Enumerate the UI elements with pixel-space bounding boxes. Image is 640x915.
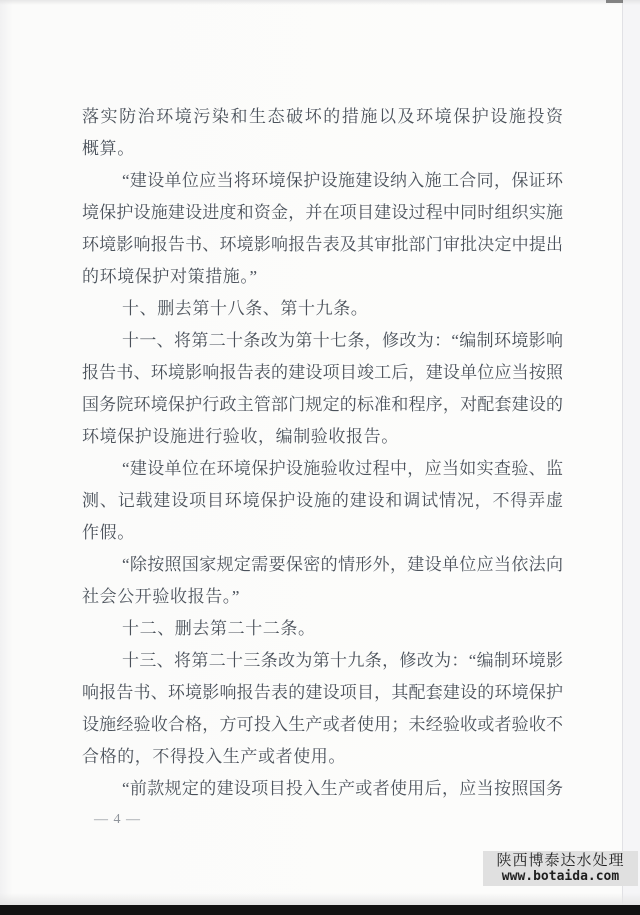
text-line: 十、删去第十八条、第十九条。	[82, 293, 563, 325]
text-line: 合格的，不得投入生产或者使用。	[82, 741, 563, 773]
text-line: “除按照国家规定需要保密的情形外，建设单位应当依法向	[82, 549, 563, 581]
bottom-black-bar	[0, 905, 640, 915]
text-line: 的环境保护对策措施。”	[82, 261, 563, 293]
document-text: 落实防治环境污染和生态破坏的措施以及环境保护设施投资概算。“建设单位应当将环境保…	[82, 101, 563, 805]
watermark-website: www.botaida.com	[483, 869, 638, 884]
text-line: 社会公开验收报告。”	[82, 581, 563, 613]
text-line: 响报告书、环境影响报告表的建设项目，其配套建设的环境保护	[82, 677, 563, 709]
scan-right-margin	[623, 0, 640, 905]
watermark-company-name: 陕西博泰达水处理	[483, 852, 638, 869]
scanned-document-page: 落实防治环境污染和生态破坏的措施以及环境保护设施投资概算。“建设单位应当将环境保…	[0, 0, 640, 915]
text-line: 十三、将第二十三条改为第十九条，修改为：“编制环境影	[82, 645, 563, 677]
scan-artifact-speck	[606, 0, 623, 3]
text-line: “建设单位应当将环境保护设施建设纳入施工合同，保证环	[82, 165, 563, 197]
text-line: 十一、将第二十条改为第十七条，修改为：“编制环境影响	[82, 325, 563, 357]
text-line: 国务院环境保护行政主管部门规定的标准和程序，对配套建设的	[82, 389, 563, 421]
scan-bottom-shadow	[0, 893, 640, 905]
page-number: — 4 —	[94, 810, 141, 830]
text-line: 概算。	[82, 133, 563, 165]
text-line: 境保护设施建设进度和资金，并在项目建设过程中同时组织实施	[82, 197, 563, 229]
text-line: 十二、删去第二十二条。	[82, 613, 563, 645]
text-line: “前款规定的建设项目投入生产或者使用后，应当按照国务	[82, 773, 563, 805]
text-line: 环境影响报告书、环境影响报告表及其审批部门审批决定中提出	[82, 229, 563, 261]
text-line: 报告书、环境影响报告表的建设项目竣工后，建设单位应当按照	[82, 357, 563, 389]
scan-top-shadow	[0, 0, 640, 5]
text-line: 落实防治环境污染和生态破坏的措施以及环境保护设施投资	[82, 101, 563, 133]
text-line: 作假。	[82, 517, 563, 549]
text-line: 环境保护设施进行验收，编制验收报告。	[82, 421, 563, 453]
text-line: 设施经验收合格，方可投入生产或者使用；未经验收或者验收不	[82, 709, 563, 741]
paper-edge-line	[622, 0, 623, 905]
text-line: “建设单位在环境保护设施验收过程中，应当如实查验、监	[82, 453, 563, 485]
text-line: 测、记载建设项目环境保护设施的建设和调试情况，不得弄虚	[82, 485, 563, 517]
watermark-badge: 陕西博泰达水处理 www.botaida.com	[483, 851, 638, 886]
